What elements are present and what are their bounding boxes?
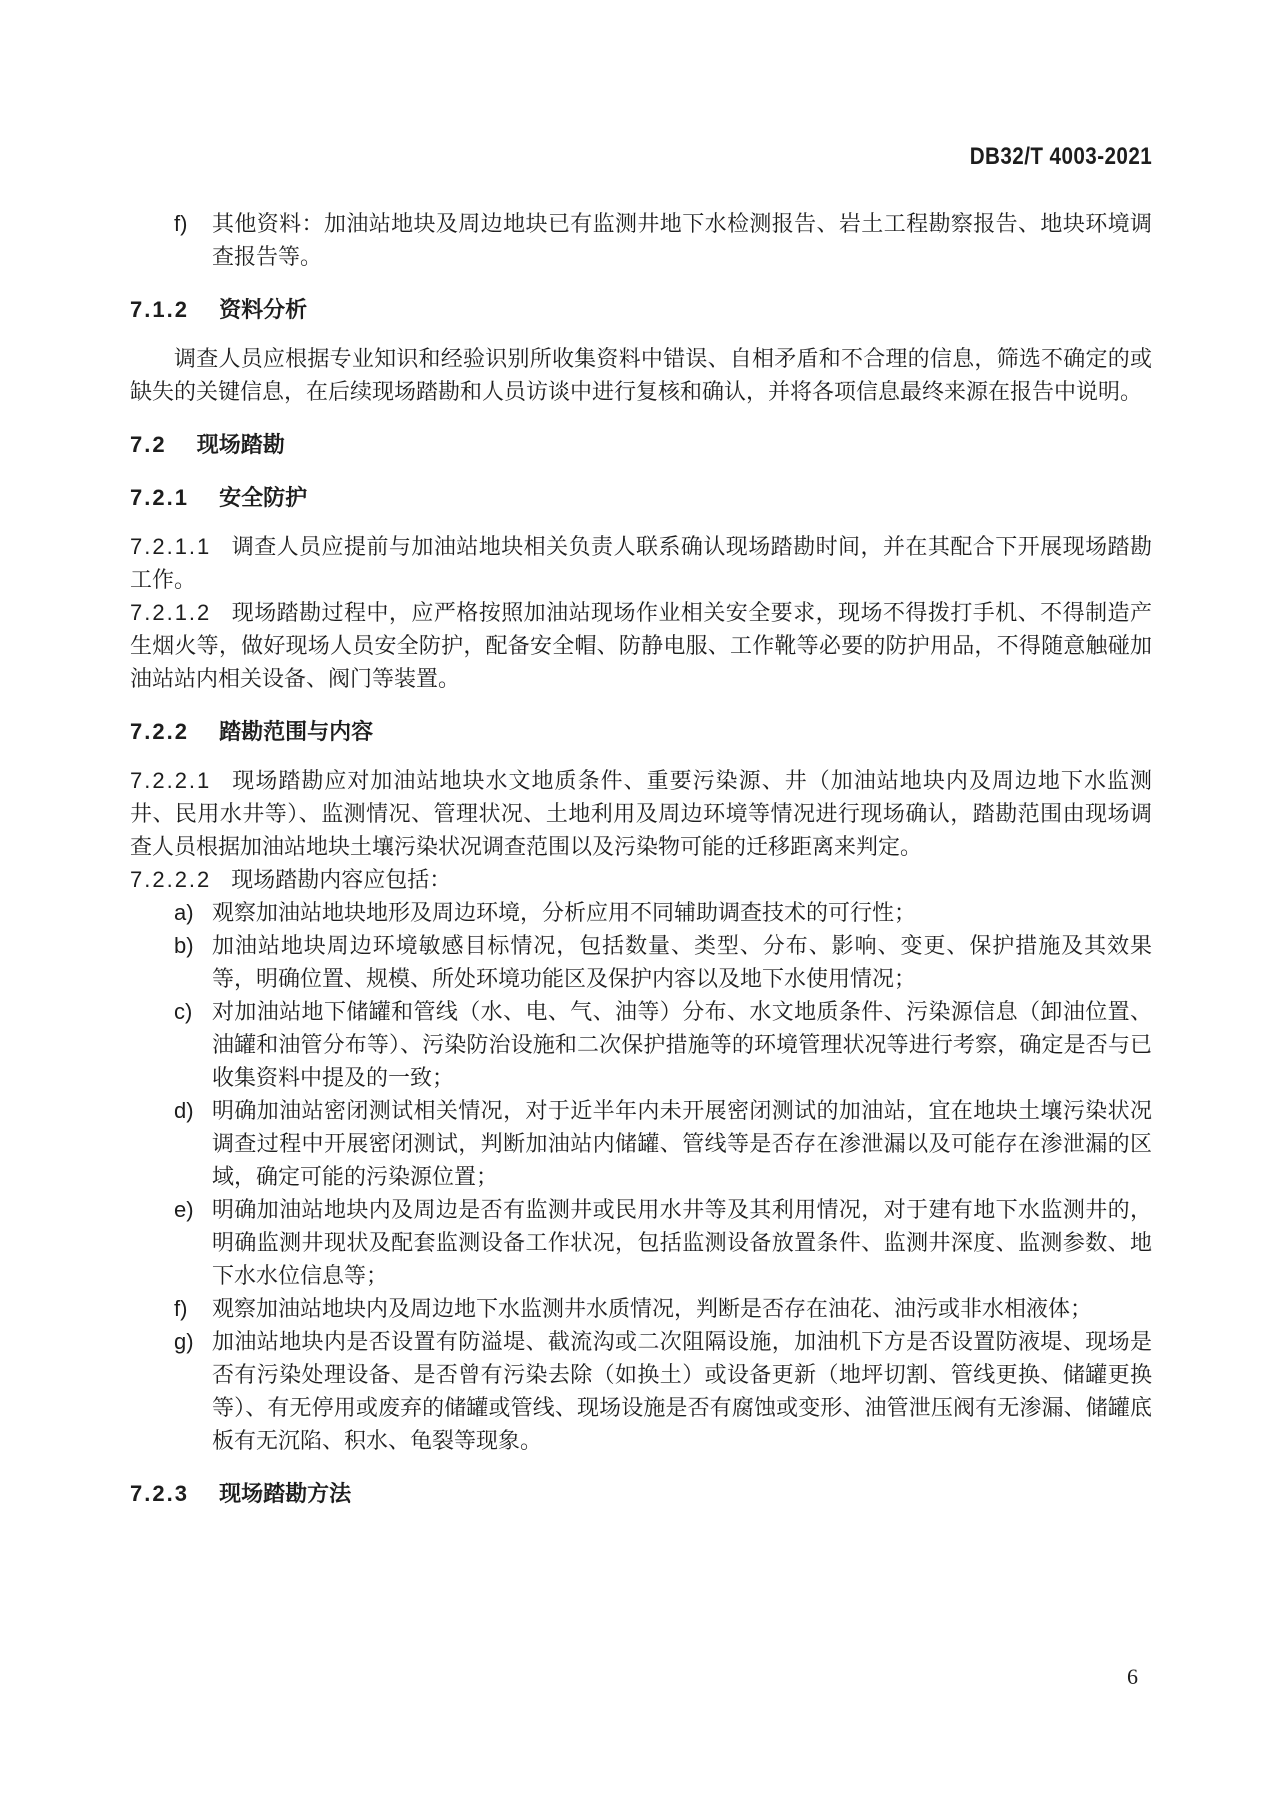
section-heading-7-1-2: 7.1.2 资料分析 [130,293,1152,326]
list-item-c: c) 对加油站地下储罐和管线（水、电、气、油等）分布、水文地质条件、污染源信息（… [130,995,1152,1094]
section-number: 7.2.3 [130,1481,189,1506]
list-item-label: d) [174,1094,212,1127]
clause-7-2-2-1: 7.2.2.1现场踏勘应对加油站地块水文地质条件、重要污染源、井（加油站地块内及… [130,764,1152,863]
list-item-e: e) 明确加油站地块内及周边是否有监测井或民用水井等及其利用情况，对于建有地下水… [130,1193,1152,1292]
paragraph-data-analysis: 调查人员应根据专业知识和经验识别所收集资料中错误、自相矛盾和不合理的信息，筛选不… [130,342,1152,408]
section-number: 7.2 [130,432,167,457]
clause-number: 7.2.2.2 [130,867,211,892]
section-heading-7-2-3: 7.2.3 现场踏勘方法 [130,1477,1152,1510]
section-title: 资料分析 [219,297,307,322]
section-heading-7-2-1: 7.2.1 安全防护 [130,481,1152,514]
list-item-label: g) [174,1325,212,1358]
page-footer: 6 [1127,1660,1138,1693]
list-item-label: c) [174,995,212,1028]
list-item-text: 加油站地块周边环境敏感目标情况，包括数量、类型、分布、影响、变更、保护措施及其效… [212,929,1152,995]
list-item-text: 其他资料：加油站地块及周边地块已有监测井地下水检测报告、岩土工程勘察报告、地块环… [212,207,1152,273]
section-number: 7.1.2 [130,297,189,322]
list-item-g: g) 加油站地块内是否设置有防溢堤、截流沟或二次阻隔设施，加油机下方是否设置防液… [130,1325,1152,1457]
section-heading-7-2: 7.2 现场踏勘 [130,428,1152,461]
list-item-label: b) [174,929,212,962]
clause-number: 7.2.1.2 [130,600,211,625]
clause-7-2-1-1: 7.2.1.1调查人员应提前与加油站地块相关负责人联系确认现场踏勘时间，并在其配… [130,530,1152,596]
clause-7-2-1-2: 7.2.1.2现场踏勘过程中，应严格按照加油站现场作业相关安全要求，现场不得拨打… [130,596,1152,695]
section-number: 7.2.1 [130,485,189,510]
list-item-d: d) 明确加油站密闭测试相关情况，对于近半年内未开展密闭测试的加油站，宜在地块土… [130,1094,1152,1193]
list-item-text: 明确加油站密闭测试相关情况，对于近半年内未开展密闭测试的加油站，宜在地块土壤污染… [212,1094,1152,1193]
list-item-label: a) [174,896,212,929]
clause-text: 现场踏勘内容应包括： [231,867,451,892]
clause-text: 现场踏勘过程中，应严格按照加油站现场作业相关安全要求，现场不得拨打手机、不得制造… [130,600,1152,691]
clause-number: 7.2.2.1 [130,768,211,793]
clause-7-2-2-2: 7.2.2.2现场踏勘内容应包括： [130,863,1152,896]
clause-number: 7.2.1.1 [130,534,211,559]
list-item-a: a) 观察加油站地块地形及周边环境，分析应用不同辅助调查技术的可行性； [130,896,1152,929]
section-number: 7.2.2 [130,719,189,744]
list-item-text: 观察加油站地块内及周边地下水监测井水质情况，判断是否存在油花、油污或非水相液体； [212,1292,1152,1325]
section-title: 现场踏勘方法 [219,1481,351,1506]
section-title: 踏勘范围与内容 [219,719,373,744]
list-item-text: 观察加油站地块地形及周边环境，分析应用不同辅助调查技术的可行性； [212,896,1152,929]
list-item-b: b) 加油站地块周边环境敏感目标情况，包括数量、类型、分布、影响、变更、保护措施… [130,929,1152,995]
section-title: 安全防护 [219,485,307,510]
list-item-label: f) [174,1292,212,1325]
list-item-label: f) [174,207,212,240]
section-title: 现场踏勘 [197,432,285,457]
list-item-f2: f) 观察加油站地块内及周边地下水监测井水质情况，判断是否存在油花、油污或非水相… [130,1292,1152,1325]
clause-text: 现场踏勘应对加油站地块水文地质条件、重要污染源、井（加油站地块内及周边地下水监测… [130,768,1152,859]
page-number: 6 [1127,1664,1138,1689]
page-header: DB32/T 4003-2021 [130,140,1152,173]
clause-text: 调查人员应提前与加油站地块相关负责人联系确认现场踏勘时间，并在其配合下开展现场踏… [130,534,1152,592]
list-item-label: e) [174,1193,212,1226]
section-heading-7-2-2: 7.2.2 踏勘范围与内容 [130,715,1152,748]
list-item-f-other-materials: f) 其他资料：加油站地块及周边地块已有监测井地下水检测报告、岩土工程勘察报告、… [130,207,1152,273]
list-item-text: 明确加油站地块内及周边是否有监测井或民用水井等及其利用情况，对于建有地下水监测井… [212,1193,1152,1292]
standard-number: DB32/T 4003-2021 [970,140,1152,173]
list-item-text: 加油站地块内是否设置有防溢堤、截流沟或二次阻隔设施，加油机下方是否设置防液堤、现… [212,1325,1152,1457]
list-item-text: 对加油站地下储罐和管线（水、电、气、油等）分布、水文地质条件、污染源信息（卸油位… [212,995,1152,1094]
document-page: DB32/T 4003-2021 f) 其他资料：加油站地块及周边地块已有监测井… [0,0,1280,1810]
survey-content-list: a) 观察加油站地块地形及周边环境，分析应用不同辅助调查技术的可行性； b) 加… [130,896,1152,1457]
